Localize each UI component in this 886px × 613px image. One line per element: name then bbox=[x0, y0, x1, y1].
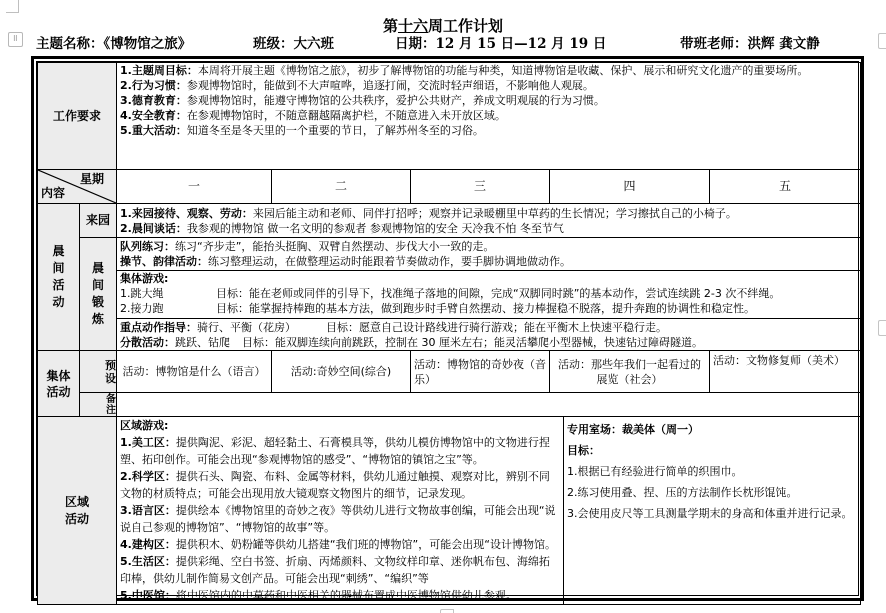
theme-name: 主题名称：《博物馆之旅》 bbox=[36, 35, 191, 53]
requirement-item: 3.德育教育：参观博物馆时，能遵守博物馆的公共秩序，爱护公共财产，养成文明观展的… bbox=[120, 93, 857, 108]
right-margin-marker-icon bbox=[878, 320, 886, 336]
arrival-item: 2.晨间谈话：我参观的博物馆 做一名文明的参观者 参观博物馆的安全 天冷我不怕 … bbox=[120, 221, 857, 236]
morning-activity-label: 晨间活动 bbox=[38, 204, 80, 351]
bottom-margin-marker-icon bbox=[440, 609, 454, 613]
morning-exercise-label: 晨间锻炼 bbox=[80, 238, 117, 351]
day-header-mon: 一 bbox=[117, 170, 272, 204]
requirement-item: 2.行为习惯：参观博物馆时，能做到不大声喧哗，追逐打闹，交流时轻声细语，不影响他… bbox=[120, 78, 857, 93]
page-corner-mark bbox=[6, 0, 19, 13]
date-range: 日期：12 月 15 日—12 月 19 日 bbox=[395, 35, 606, 53]
work-requirements-label: 工作要求 bbox=[38, 63, 117, 170]
arrival-label: 来园 bbox=[80, 204, 117, 238]
activity-thu: 活动：那些年我们一起看过的展览（社会） bbox=[550, 351, 710, 393]
preset-label: 预设 bbox=[80, 351, 117, 393]
week-number: 十六 bbox=[398, 17, 428, 35]
requirement-item: 5.重大活动：知道冬至是冬天里的一个重要的节日，了解苏州冬至的习俗。 bbox=[120, 123, 857, 138]
requirement-item: 1.主题周目标：本周将开展主题《博物馆之旅》，初步了解博物馆的功能与种类，知道博… bbox=[120, 63, 857, 78]
arrival-content: 1.来园接待、观察、劳动：来园后能主动和老师、同伴打招呼；观察并记录暖棚里中草药… bbox=[117, 204, 861, 238]
class-name: 班级：大六班 bbox=[253, 35, 334, 53]
day-header-wed: 三 bbox=[411, 170, 550, 204]
group-games-content: 集体游戏: 1.跳大绳目标：能在老师或同伴的引导下，找准绳子落地的间隙，完成“双… bbox=[117, 271, 861, 319]
arrival-item: 1.来园接待、观察、劳动：来园后能主动和老师、同伴打招呼；观察并记录暖棚里中草药… bbox=[120, 206, 857, 221]
focus-free-content: 重点动作指导：骑行、平衡（花房）目标：愿意自己设计路线进行骑行游戏；能在平衡木上… bbox=[117, 319, 861, 351]
activity-wed: 活动：博物馆的奇妙夜（音乐） bbox=[411, 351, 550, 393]
activity-mon: 活动：博物馆是什么（语言） bbox=[117, 351, 272, 393]
area-item: 2.科学区：提供石头、陶瓷、布料、金属等材料，供幼儿通过触摸、观察对比，辨别不同… bbox=[120, 468, 560, 502]
day-header-thu: 四 bbox=[550, 170, 710, 204]
teachers: 带班老师：洪辉 龚文静 bbox=[680, 35, 820, 53]
plan-table-frame: 工作要求 1.主题周目标：本周将开展主题《博物馆之旅》，初步了解博物馆的功能与种… bbox=[31, 56, 864, 601]
note-label: 备注 bbox=[80, 393, 117, 417]
special-room-content: 专用室场：裁美体（周一） 目标： 1.根据已有经验进行简单的织围巾。 2.练习使… bbox=[564, 417, 861, 605]
area-games-content: 区域游戏: 1.美工区：提供陶泥、彩泥、超轻黏土、石膏模具等，供幼儿模仿博物馆中… bbox=[117, 417, 564, 605]
drill-content: 队列练习：练习“齐步走”，能抬头挺胸、双臂自然摆动、步伐大小一致的走。 操节、韵… bbox=[117, 238, 861, 271]
area-item: 1.美工区：提供陶泥、彩泥、超轻黏土、石膏模具等，供幼儿模仿博物馆中的文物进行捏… bbox=[120, 434, 560, 468]
area-item: 5.生活区：提供彩绳、空白书签、折扇、丙烯颜料、文物纹样印章、迷你帆布包、海绵拓… bbox=[120, 553, 560, 587]
area-item: 4.建构区：提供积木、奶粉罐等供幼儿搭建“我们班的博物馆”，可能会出现“设计博物… bbox=[120, 536, 560, 553]
note-content[interactable] bbox=[117, 393, 861, 417]
activity-tue: 活动:奇妙空间(综合) bbox=[272, 351, 411, 393]
work-requirements-content: 1.主题周目标：本周将开展主题《博物馆之旅》，初步了解博物馆的功能与种类，知道博… bbox=[117, 63, 861, 170]
area-item: 5.中医馆：将中医馆内的中草药和中医相关的器械布置成中医博物馆供幼儿参观。 bbox=[120, 587, 560, 604]
area-activity-label: 区域活动 bbox=[38, 417, 117, 605]
group-activity-label: 集体活动 bbox=[38, 351, 80, 417]
requirement-item: 4.安全教育：在参观博物馆时，不随意翻越隔离护栏，不随意进入未开放区域。 bbox=[120, 108, 857, 123]
day-header-tue: 二 bbox=[272, 170, 411, 204]
right-margin-marker-icon bbox=[878, 33, 886, 49]
day-header-fri: 五 bbox=[710, 170, 861, 204]
page-title: 第十六周工作计划 bbox=[0, 17, 886, 35]
weekly-plan-table: 工作要求 1.主题周目标：本周将开展主题《博物馆之旅》，初步了解博物馆的功能与种… bbox=[37, 62, 861, 605]
area-item: 3.语言区：提供绘本《博物馆里的奇妙之夜》等供幼儿进行文物故事创编，可能会出现“… bbox=[120, 502, 560, 536]
activity-fri: 活动：文物修复师（美术） bbox=[710, 351, 861, 393]
weekday-corner-header: 星期 内容 bbox=[38, 170, 117, 204]
